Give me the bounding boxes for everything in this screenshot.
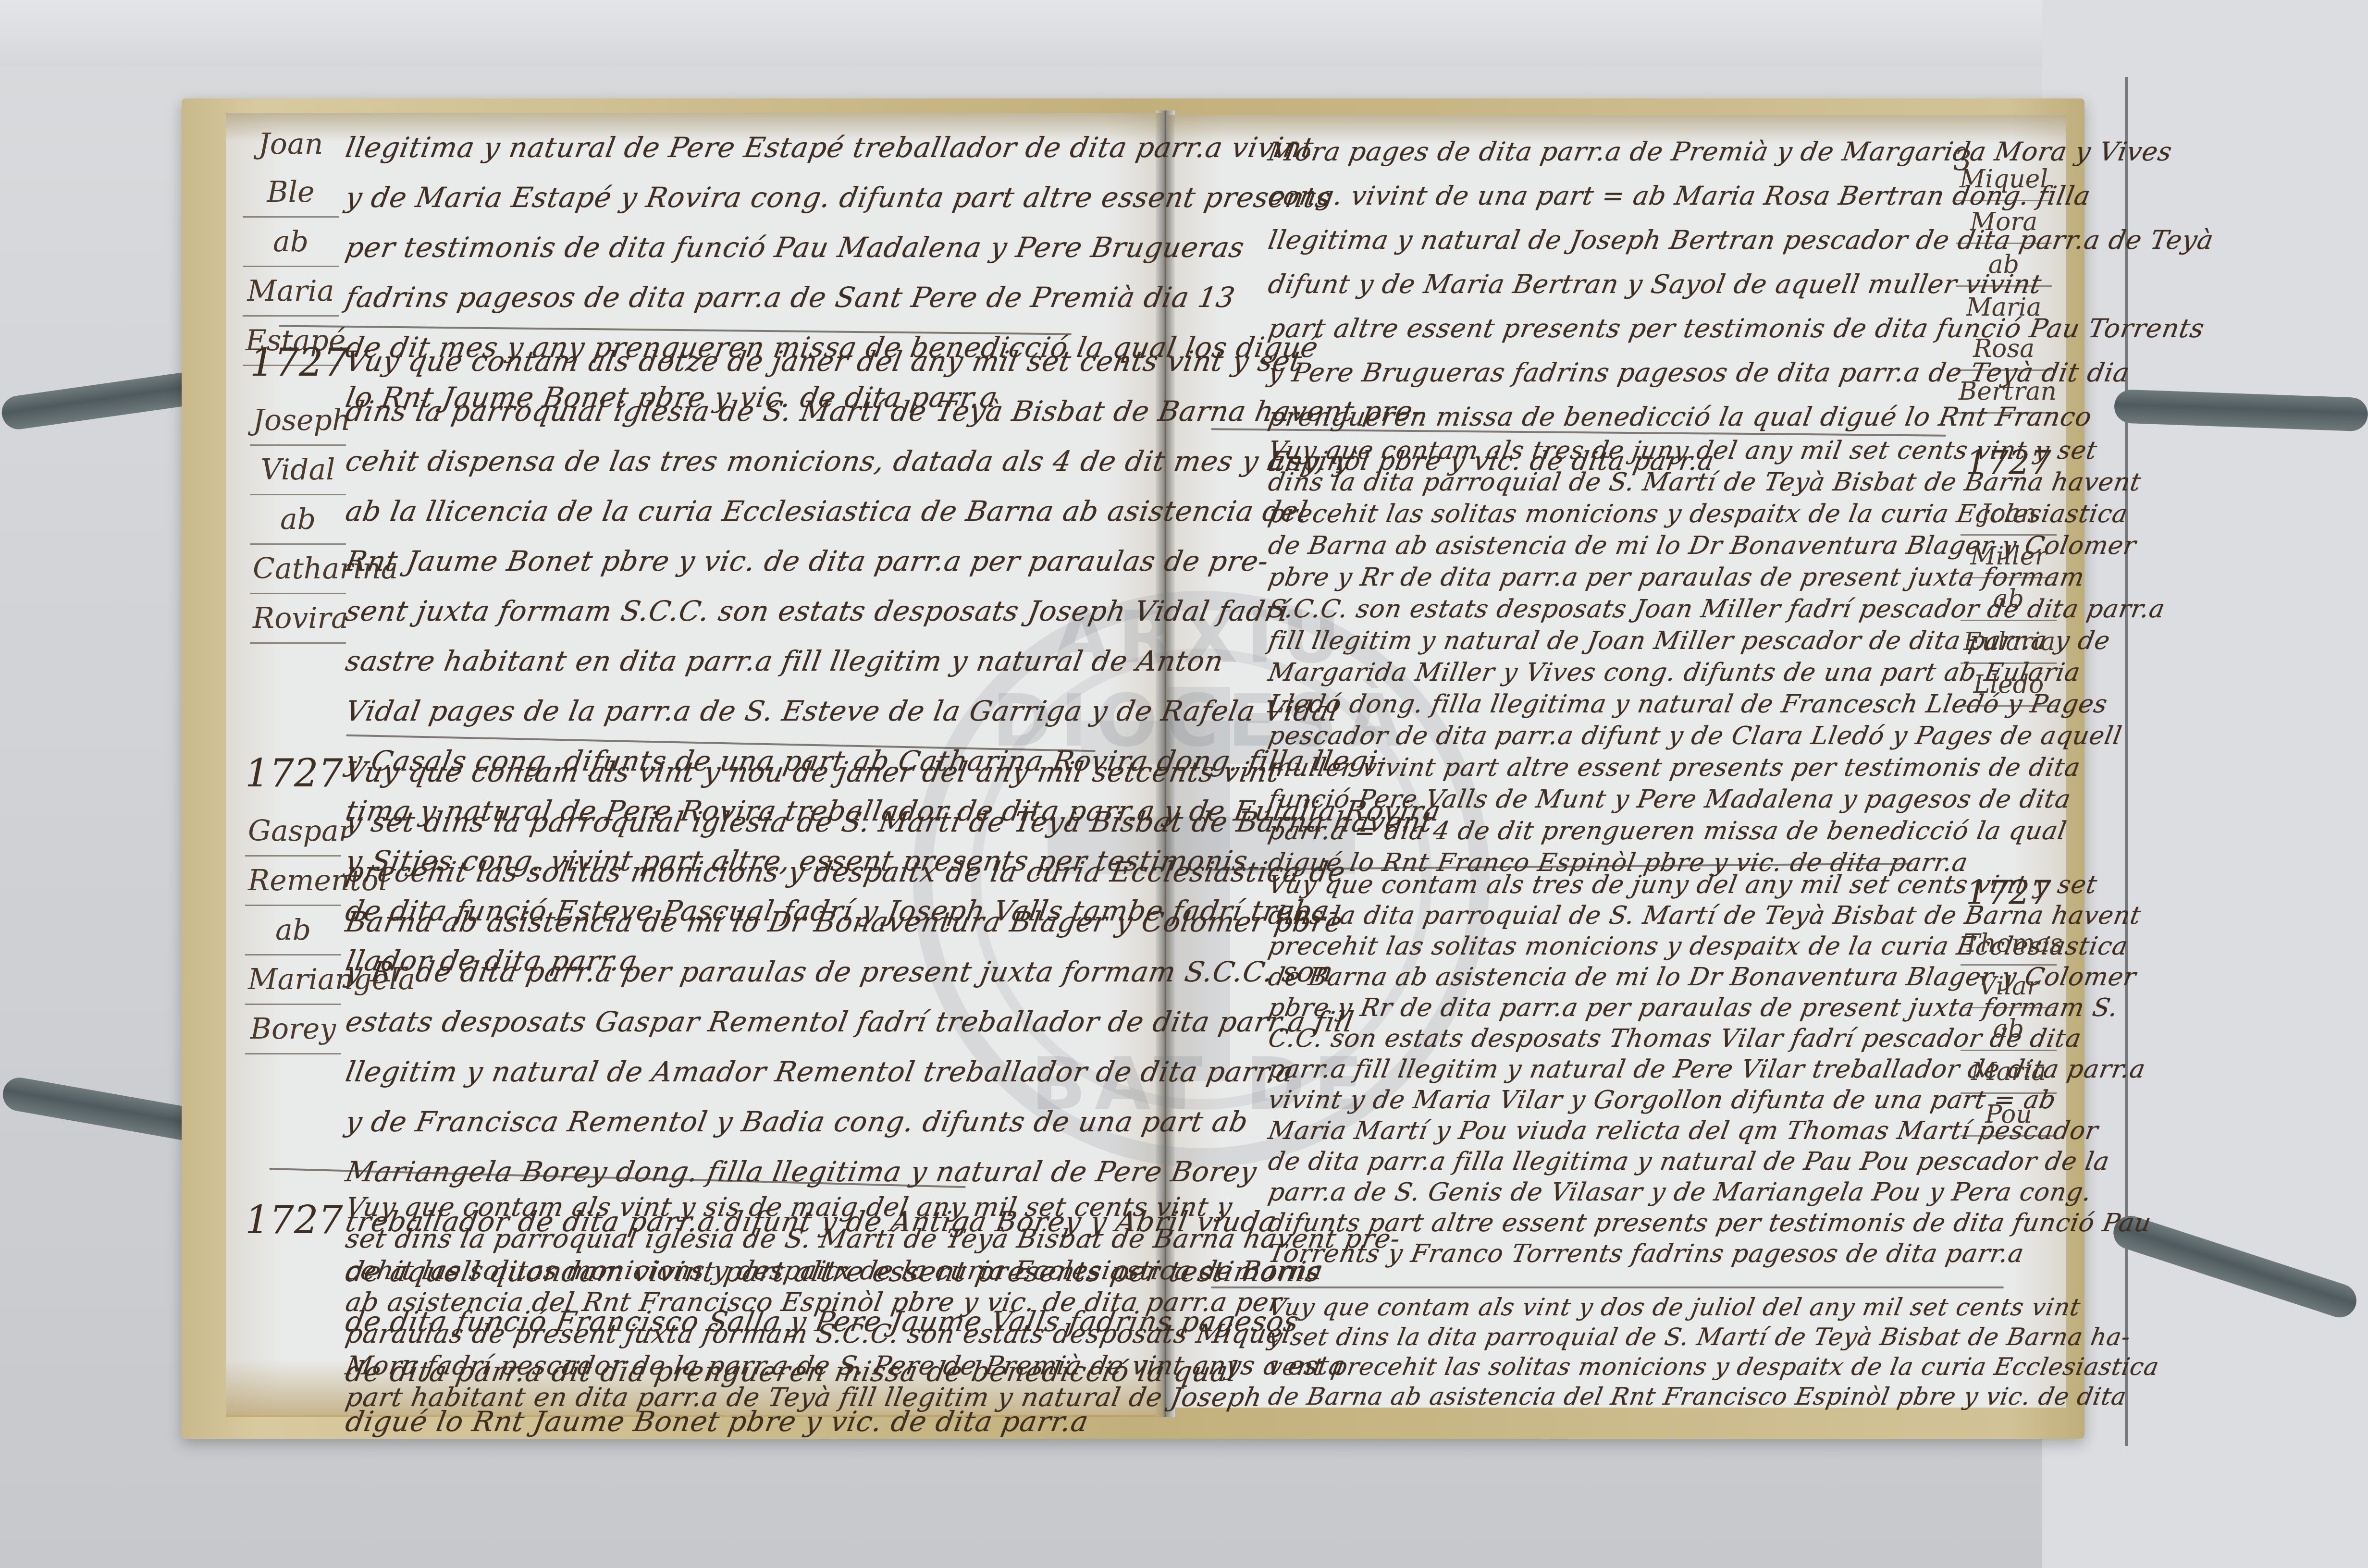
margin-note: 1727 Joan Miller ab Eularia Lledó <box>1961 442 2057 707</box>
margin-note: 1727 Joseph Vidal ab Catharina Rovira <box>250 339 346 644</box>
margin-note: 1727 Gaspar Rementol ab Mariangela Borey <box>245 749 341 1054</box>
entry-divider <box>1211 1286 2004 1288</box>
register-entry: Vuy que contam als vint y dos de juliol … <box>1269 1292 2159 1411</box>
margin-note: Miquel Mora ab Maria Rosa Bertran <box>1956 159 2052 414</box>
ribbon-tie-icon <box>0 370 204 431</box>
register-entry: Vuy que contam als vint y sis de maig de… <box>346 1191 1400 1413</box>
margin-note: 1727 Thomas Vilar ab Maria Pou <box>1961 872 2057 1137</box>
background-board-top <box>0 0 2368 67</box>
margin-note: Joan Ble ab Maria Estapé <box>243 120 339 366</box>
margin-note: 1727 <box>245 1196 341 1254</box>
ribbon-tie-icon <box>0 1075 205 1143</box>
